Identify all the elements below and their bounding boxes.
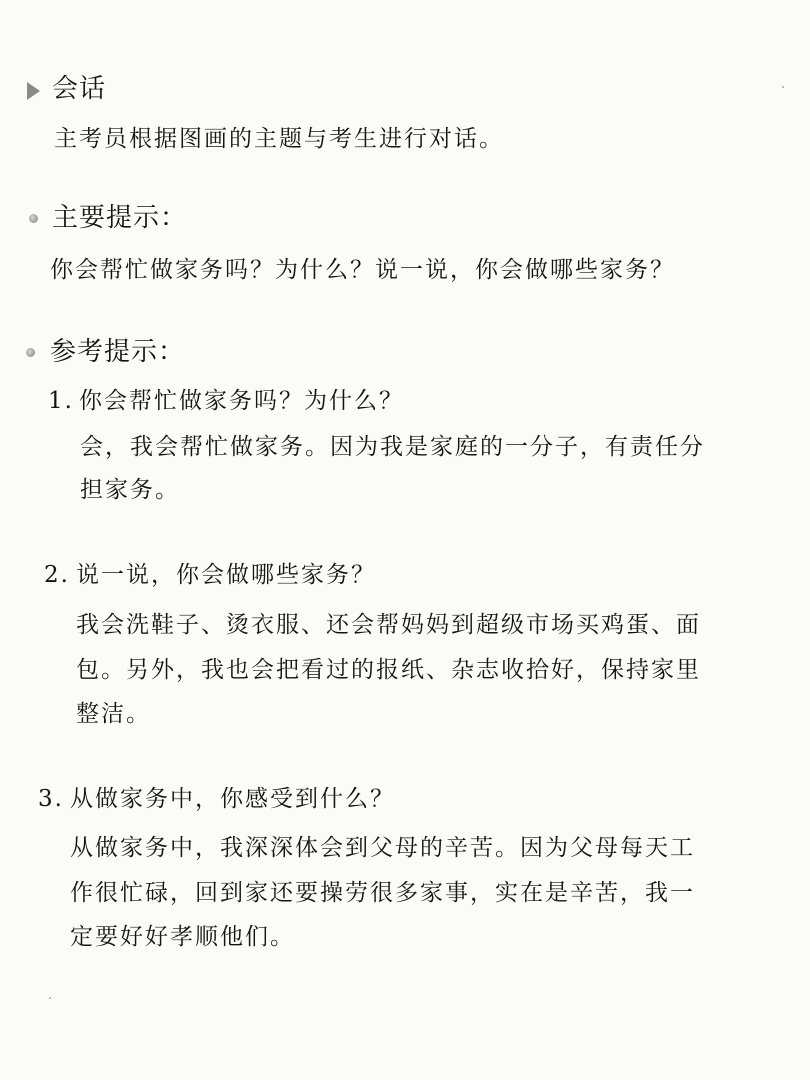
answer-line: 作很忙碌，回到家还要操劳很多家事，实在是辛苦，我一 [70, 882, 695, 905]
section-title: 会话 [52, 76, 106, 102]
triangle-bullet-icon [27, 82, 40, 100]
answer-line: 定要好好孝顺他们。 [70, 926, 295, 949]
main-prompt-label: 主要提示： [52, 205, 187, 231]
answer-line: 整洁。 [76, 703, 151, 726]
scan-speck [49, 997, 51, 999]
question-text: 你会帮忙做家务吗？为什么？ [79, 390, 404, 413]
question-number: 2. [44, 564, 70, 587]
question-text: 说一说，你会做哪些家务？ [76, 564, 376, 587]
answer-line: 担家务。 [80, 479, 180, 502]
answer-line: 会，我会帮忙做家务。因为我是家庭的一分子，有责任分 [80, 436, 705, 459]
circle-bullet-icon [26, 348, 35, 357]
answer-line: 包。另外，我也会把看过的报纸、杂志收拾好，保持家里 [76, 659, 701, 682]
question-number: 3. [38, 788, 64, 811]
scan-speck [782, 86, 784, 88]
answer-line: 我会洗鞋子、烫衣服、还会帮妈妈到超级市场买鸡蛋、面 [76, 614, 701, 637]
reference-prompt-label: 参考提示： [50, 339, 185, 365]
question-text: 从做家务中，你感受到什么？ [70, 788, 395, 811]
question-number: 1. [48, 390, 74, 413]
circle-bullet-icon [29, 214, 38, 223]
answer-line: 从做家务中，我深深体会到父母的辛苦。因为父母每天工 [70, 837, 695, 860]
document-page: 会话 主考员根据图画的主题与考生进行对话。 主要提示： 你会帮忙做家务吗？为什么… [0, 0, 810, 1080]
section-instruction: 主考员根据图画的主题与考生进行对话。 [54, 128, 504, 151]
main-prompt-text: 你会帮忙做家务吗？为什么？说一说，你会做哪些家务？ [50, 259, 675, 282]
